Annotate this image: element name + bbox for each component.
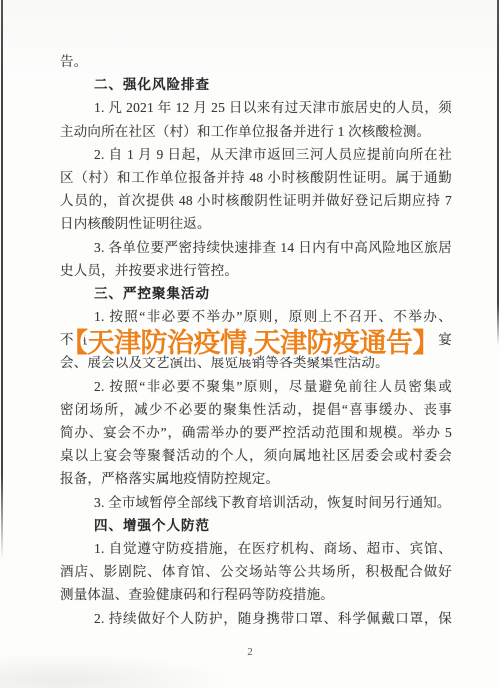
doc-line: 测量体温、查验健康码和行程码等防疫措施。 (60, 583, 452, 606)
doc-line: 区（村）和工作单位报备并持 48 小时核酸阴性证明。属于通勤 (60, 166, 452, 189)
doc-line: 报备，严格落实属地疫情防控规定。 (60, 467, 452, 490)
doc-line: 桌以上宴会等聚餐活动的个人，须向属地社区居委会或村委会 (60, 444, 452, 467)
doc-line: 密闭场所，减少不必要的聚集性活动，提倡“喜事缓办、丧事 (60, 398, 452, 421)
photo-edge-right (497, 0, 499, 346)
doc-line: 告。 (60, 50, 452, 73)
doc-line: 1. 自觉遵守防疫措施，在医疗机构、商场、超市、宾馆、 (60, 537, 452, 560)
doc-line: 2. 自 1 月 9 日起，从天津市返回三河人员应提前向所在社 (60, 143, 452, 166)
doc-line: 2. 持续做好个人防护，随身携带口罩、科学佩戴口罩，保 (60, 607, 452, 630)
doc-line: 主动向所在社区（村）和工作单位报备并进行 1 次核酸检测。 (60, 120, 452, 143)
doc-line-fragment-right: 宴 (438, 328, 452, 351)
doc-line: 简办、宴会不办”，确需举办的要严控活动范围和规模。举办 5 (60, 421, 452, 444)
page-number: 2 (0, 646, 500, 658)
doc-line: 史人员，并按要求进行管控。 (60, 259, 452, 282)
watermark: 【天津防治疫情,天津防疫通告】 【天津防治疫情,天津防疫通告】 (61, 325, 439, 361)
doc-line: 3. 各单位要严密持续快速排查 14 日内有中高风险地区旅居 (60, 236, 452, 259)
doc-line: 四、增强个人防范 (60, 514, 452, 537)
doc-line: 人员的，首次提供 48 小时核酸阴性证明并做好登记后期应持 7 (60, 189, 452, 212)
doc-line: 日内核酸阴性证明往返。 (60, 212, 452, 235)
doc-line: 2. 按照“非必要不聚集”原则，尽量避免前往人员密集或 (60, 375, 452, 398)
doc-line: 3. 全市域暂停全部线下教育培训活动，恢复时间另行通知。 (60, 491, 452, 514)
doc-line: 1. 凡 2021 年 12 月 25 日以来有过天津市旅居史的人员，须 (60, 96, 452, 119)
scanned-document-page: 告。二、强化风险排查1. 凡 2021 年 12 月 25 日以来有过天津市旅居… (0, 0, 500, 688)
watermark-text: 【天津防治疫情,天津防疫通告】 (61, 328, 439, 358)
doc-line: 二、强化风险排查 (60, 73, 452, 96)
photo-edge-left (1, 0, 3, 560)
doc-line: 三、严控聚集活动 (60, 282, 452, 305)
doc-line: 酒店、影剧院、体育馆、公交场站等公共场所，积极配合做好 (60, 560, 452, 583)
